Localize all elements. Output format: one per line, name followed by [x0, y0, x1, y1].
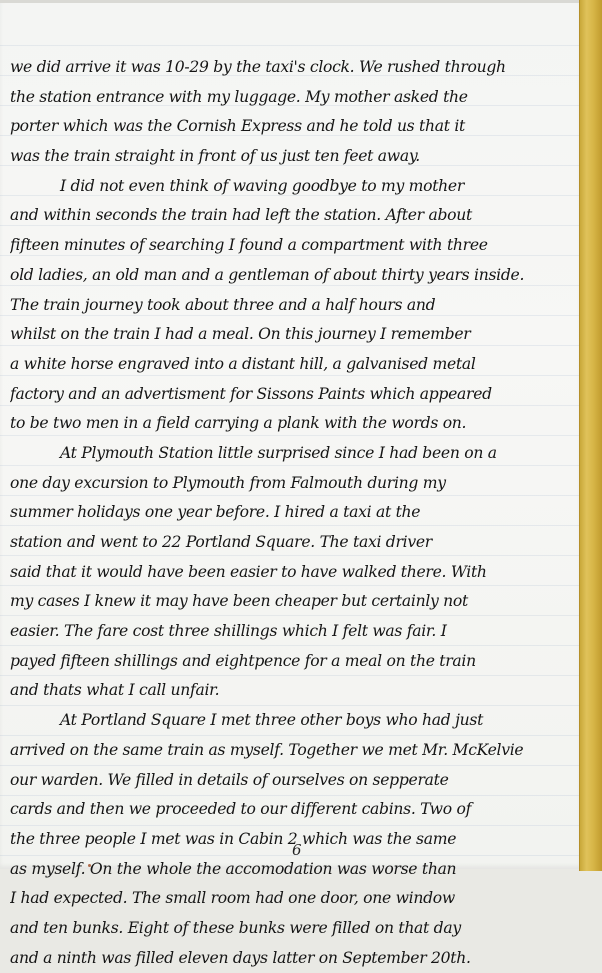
text-line: the three people I met was in Cabin 2 wh…	[10, 825, 570, 855]
text-line: we did arrive it was 10-29 by the taxi's…	[10, 53, 570, 83]
text-line: the station entrance with my luggage. My…	[10, 83, 570, 113]
page-number: 6	[292, 841, 302, 859]
text-line: The train journey took about three and a…	[10, 291, 570, 321]
text-line: as myself. On the whole the accomodation…	[10, 855, 570, 871]
text-line: a white horse engraved into a distant hi…	[10, 350, 570, 380]
text-line: one day excursion to Plymouth from Falmo…	[10, 469, 570, 499]
text-line: said that it would have been easier to h…	[10, 558, 570, 588]
text-line: to be two men in a field carrying a plan…	[10, 409, 570, 439]
text-line: and thats what I call unfair.	[10, 676, 570, 706]
text-line: station and went to 22 Portland Square. …	[10, 528, 570, 558]
text-line: I did not even think of waving goodbye t…	[10, 172, 570, 202]
text-line: my cases I knew it may have been cheaper…	[10, 587, 570, 617]
text-line: easier. The fare cost three shillings wh…	[10, 617, 570, 647]
text-line: and within seconds the train had left th…	[10, 201, 570, 231]
text-line: old ladies, an old man and a gentleman o…	[10, 261, 570, 291]
text-line: At Plymouth Station little surprised sin…	[10, 439, 570, 469]
ink-spot	[88, 864, 91, 867]
text-line: was the train straight in front of us ju…	[10, 142, 570, 172]
text-line: factory and an advertisment for Sissons …	[10, 380, 570, 410]
text-line: payed fifteen shillings and eightpence f…	[10, 647, 570, 677]
text-line: cards and then we proceeded to our diffe…	[10, 795, 570, 825]
text-line: our warden. We filled in details of ours…	[10, 766, 570, 796]
binding-edge	[579, 0, 602, 871]
text-line: fifteen minutes of searching I found a c…	[10, 231, 570, 261]
text-line: At Portland Square I met three other boy…	[10, 706, 570, 736]
text-line: arrived on the same train as myself. Tog…	[10, 736, 570, 766]
text-line: whilst on the train I had a meal. On thi…	[10, 320, 570, 350]
notebook-page: we did arrive it was 10-29 by the taxi's…	[0, 0, 580, 869]
handwritten-text: we did arrive it was 10-29 by the taxi's…	[10, 53, 570, 871]
text-line: porter which was the Cornish Express and…	[10, 112, 570, 142]
text-line: summer holidays one year before. I hired…	[10, 498, 570, 528]
